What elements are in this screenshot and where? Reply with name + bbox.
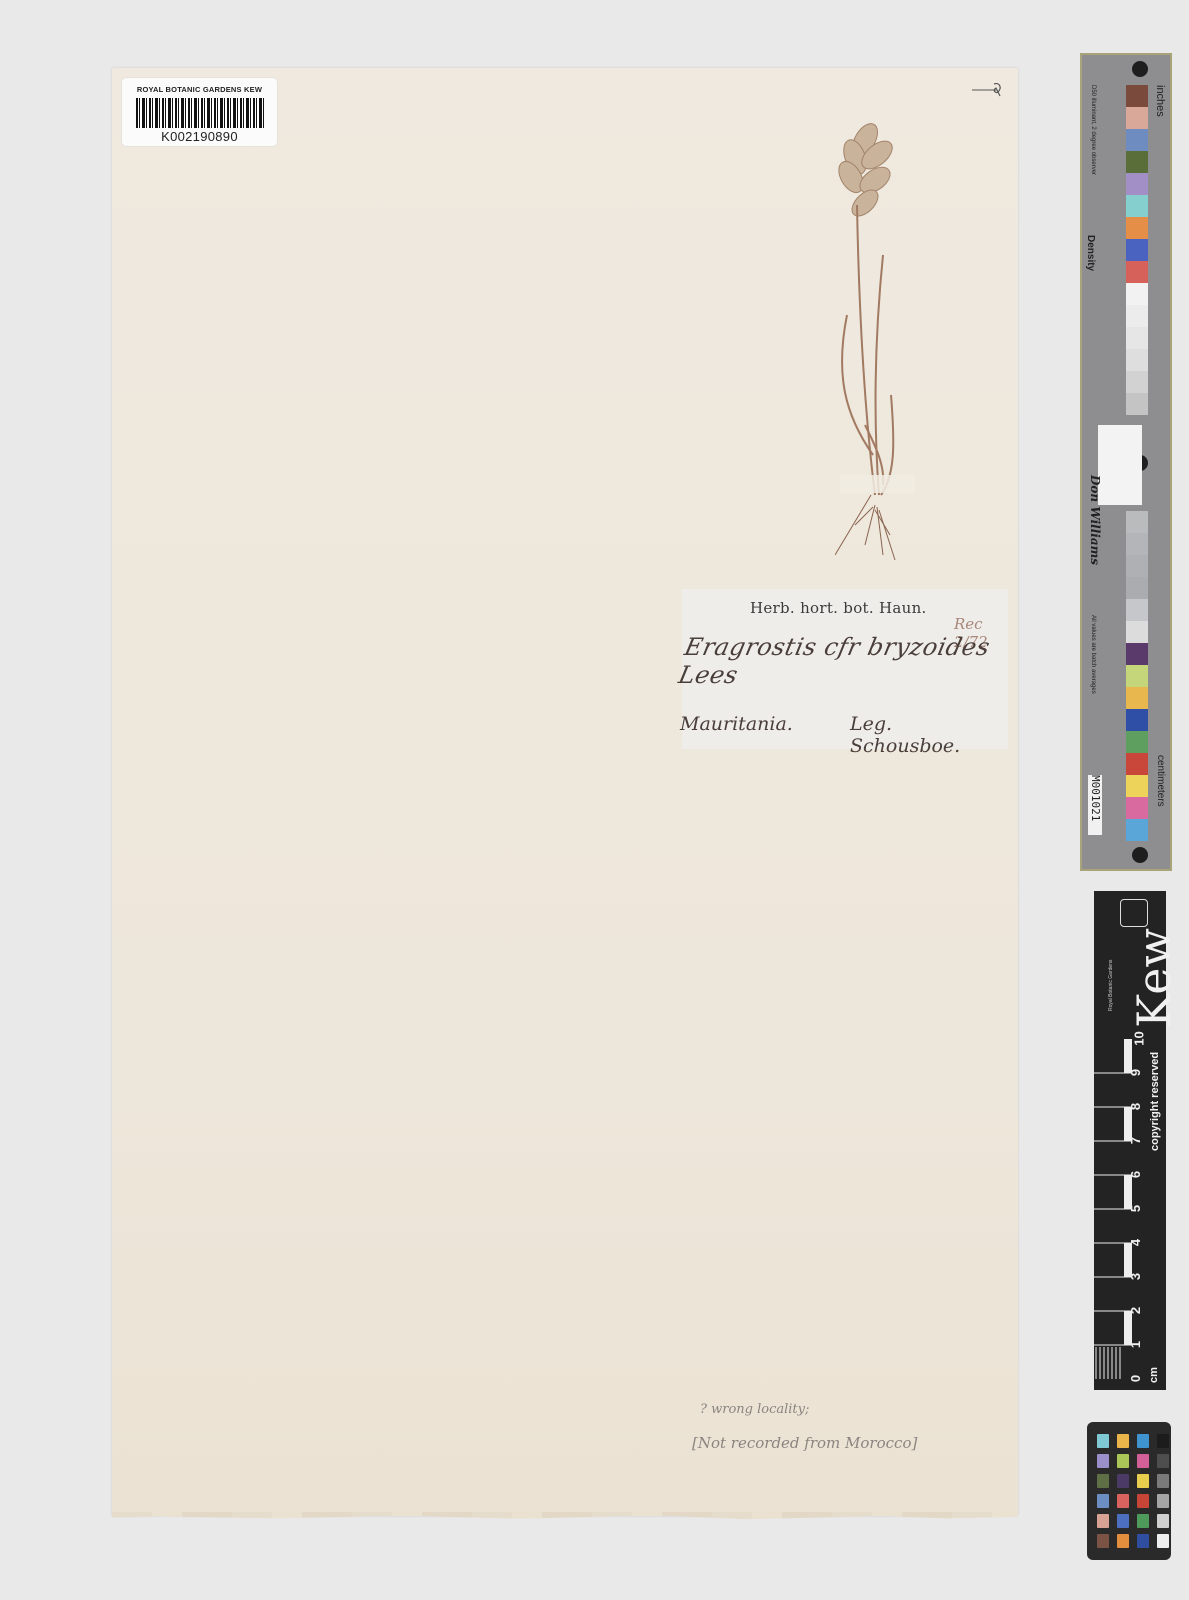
color-chip — [1117, 1474, 1129, 1488]
ruler-hole-icon — [1132, 847, 1148, 863]
color-patch — [1126, 511, 1148, 533]
unit-cm: cm — [1148, 1367, 1160, 1383]
color-patch — [1126, 151, 1148, 173]
color-chip — [1117, 1494, 1129, 1508]
color-patch — [1126, 195, 1148, 217]
color-patch — [1126, 305, 1148, 327]
color-patch — [1126, 665, 1148, 687]
color-patch — [1126, 555, 1148, 577]
color-patch — [1126, 577, 1148, 599]
color-chip — [1137, 1494, 1149, 1508]
sheet-torn-edge — [112, 1512, 1018, 1520]
kew-crest-icon — [1120, 899, 1148, 927]
color-patches-top — [1126, 85, 1148, 415]
color-patch — [1126, 819, 1148, 841]
color-chip — [1137, 1534, 1149, 1548]
ruler-brand: Don Williams — [1088, 475, 1102, 565]
color-chip — [1157, 1514, 1169, 1528]
batch-note: All values are batch averages — [1090, 615, 1096, 694]
color-patch — [1126, 239, 1148, 261]
color-chip — [1097, 1494, 1109, 1508]
color-checker-card — [1087, 1422, 1171, 1560]
color-chip — [1157, 1534, 1169, 1548]
color-patch — [1126, 85, 1148, 107]
barcode-icon — [136, 98, 264, 128]
color-patch — [1126, 349, 1148, 371]
locality: Mauritania. — [680, 713, 793, 735]
kew-tagline: Royal Botanic Gardens — [1108, 960, 1114, 1011]
color-chip — [1097, 1534, 1109, 1548]
units-centimeters: centimeters — [1155, 755, 1166, 807]
color-patch — [1126, 687, 1148, 709]
color-chip — [1137, 1434, 1149, 1448]
color-chip — [1097, 1514, 1109, 1528]
density-inset — [1098, 425, 1142, 505]
scale-tick-label: 5 — [1128, 1205, 1143, 1212]
color-chip — [1117, 1534, 1129, 1548]
color-chip — [1097, 1474, 1109, 1488]
taxon-name: Eragrostis cfr bryzoides Lees — [676, 633, 1014, 689]
color-chip — [1137, 1474, 1149, 1488]
herbarium-header: Herb. hort. bot. Haun. — [750, 599, 927, 617]
color-patch — [1126, 797, 1148, 819]
color-patch — [1126, 621, 1148, 643]
annotation-wrong-locality: ? wrong locality; — [700, 1402, 809, 1417]
color-chips — [1097, 1434, 1171, 1548]
color-patch — [1126, 599, 1148, 621]
color-chip — [1157, 1494, 1169, 1508]
color-patch — [1126, 371, 1148, 393]
scale-tick-label: 4 — [1128, 1239, 1143, 1246]
scale-tick-label: 9 — [1128, 1069, 1143, 1076]
color-chip — [1157, 1454, 1169, 1468]
scale-tick-label: 10 — [1132, 1031, 1147, 1045]
barcode-label: ROYAL BOTANIC GARDENS KEW K002190890 — [122, 78, 277, 146]
color-chip — [1157, 1474, 1169, 1488]
scale-tick-label: 1 — [1128, 1341, 1143, 1348]
annotation-not-recorded: [Not recorded from Morocco] — [692, 1434, 917, 1452]
barcode-number: K002190890 — [122, 129, 277, 144]
ruler-id-label: M001021 — [1088, 775, 1102, 835]
scale-tick-label: 3 — [1128, 1273, 1143, 1280]
color-chip — [1117, 1454, 1129, 1468]
color-patch — [1126, 753, 1148, 775]
color-patch — [1126, 129, 1148, 151]
ruler-hole-icon — [1132, 61, 1148, 77]
density-label: Density — [1085, 235, 1096, 271]
color-chip — [1097, 1434, 1109, 1448]
illuminant-note: D50 illuminant, 2 degree observer — [1090, 85, 1096, 175]
color-chip — [1137, 1454, 1149, 1468]
units-inches: inches — [1154, 85, 1166, 117]
color-patches-bottom — [1126, 511, 1148, 841]
color-patch — [1126, 393, 1148, 415]
color-chip — [1117, 1514, 1129, 1528]
color-chip — [1097, 1454, 1109, 1468]
color-patch — [1126, 217, 1148, 239]
color-patch — [1126, 327, 1148, 349]
color-patch — [1126, 173, 1148, 195]
collector: Leg. Schousboe. — [850, 713, 1008, 757]
color-patch — [1126, 709, 1148, 731]
kew-logo: Kew — [1127, 928, 1181, 1028]
scale-tick-label: 6 — [1128, 1171, 1143, 1178]
color-patch — [1126, 775, 1148, 797]
color-patch — [1126, 261, 1148, 283]
color-patch — [1126, 643, 1148, 665]
corner-pencil-mark-icon — [970, 80, 1006, 102]
scale-tick-label: 2 — [1128, 1307, 1143, 1314]
institution-name: ROYAL BOTANIC GARDENS KEW — [122, 85, 277, 94]
grass-specimen-icon — [835, 115, 945, 575]
color-patch — [1126, 283, 1148, 305]
color-calibration-strip: inches centimeters D50 illuminant, 2 deg… — [1080, 53, 1172, 871]
color-chip — [1157, 1434, 1169, 1448]
color-patch — [1126, 533, 1148, 555]
color-chip — [1137, 1514, 1149, 1528]
scale-tick-label: 8 — [1128, 1103, 1143, 1110]
specimen-label: Herb. hort. bot. Haun. Rec 2/72 Eragrost… — [682, 589, 1008, 749]
kew-scale-bar: Kew Royal Botanic Gardens 012345678910 c… — [1094, 891, 1166, 1390]
color-patch — [1126, 731, 1148, 753]
scale-tick-label: 0 — [1128, 1375, 1143, 1382]
scale-tick-label: 7 — [1128, 1137, 1143, 1144]
color-chip — [1117, 1434, 1129, 1448]
color-patch — [1126, 107, 1148, 129]
copyright-notice: copyright reserved — [1149, 1052, 1161, 1151]
